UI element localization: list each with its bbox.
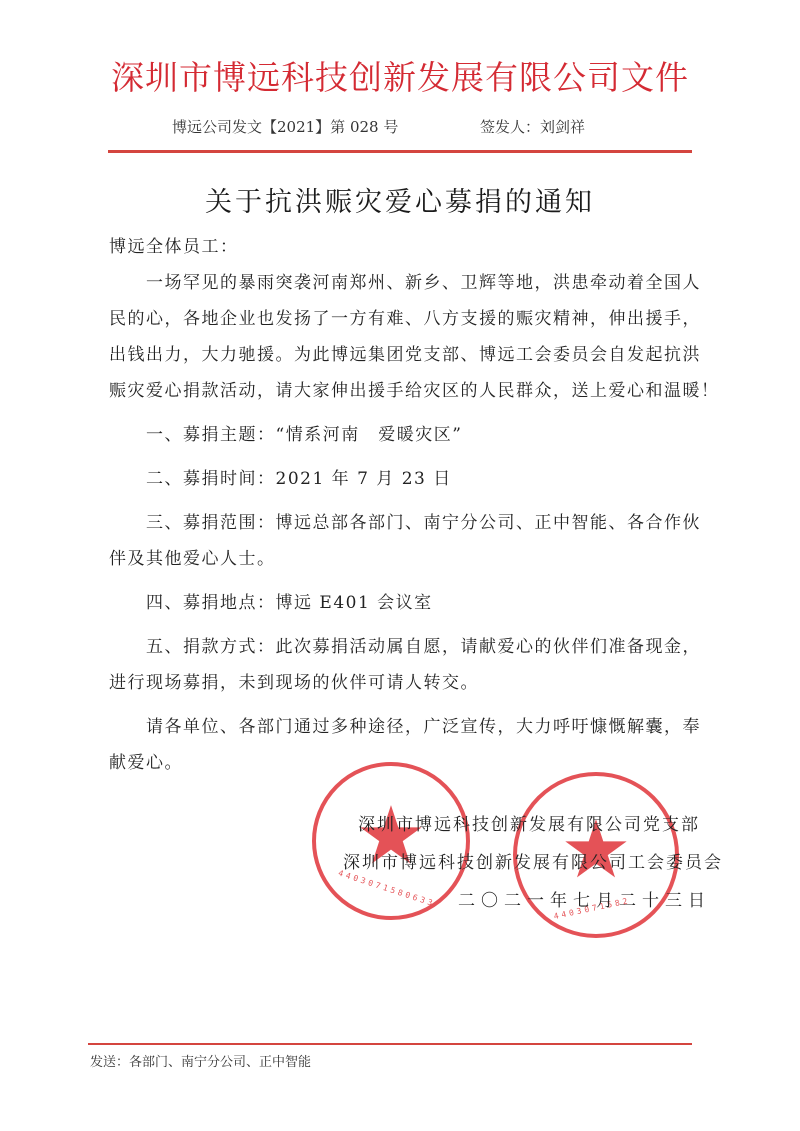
closing-line: 献爱心。 [109,745,183,781]
item-scope: 三、募捐范围：博远总部各部门、南宁分公司、正中智能、各合作伙 [109,505,701,541]
body-line: 赈灾爱心捐款活动，请大家伸出援手给灾区的人民群众，送上爱心和温暖！ [109,373,720,409]
body-line: 民的心，各地企业也发扬了一方有难、八方支援的赈灾精神，伸出援手， [109,301,701,337]
item-location: 四、募捐地点：博远 E401 会议室 [109,585,433,621]
item-theme: 一、募捐主题：“情系河南 爱暖灾区” [109,417,462,453]
footer-divider [88,1043,692,1045]
document-title: 关于抗洪赈灾爱心募捐的通知 [0,180,800,219]
distribution-list: 发送：各部门、南宁分公司、正中智能 [90,1051,311,1070]
header-divider [108,150,692,153]
org-header-title: 深圳市博远科技创新发展有限公司文件 [0,52,800,99]
issuer: 签发人：刘剑祥 [480,116,585,137]
body-line: 一场罕见的暴雨突袭河南郑州、新乡、卫辉等地，洪患牵动着全国人 [109,265,701,301]
signature-union: 深圳市博远科技创新发展有限公司工会委员会 [343,848,723,873]
item-time: 二、募捐时间：2021 年 7 月 23 日 [109,461,452,497]
body-line: 伴及其他爱心人士。 [109,541,276,577]
document-number: 博远公司发文【2021】第 028 号 [172,116,398,137]
salutation: 博远全体员工： [109,229,239,265]
party-branch-seal: ★ 4403071580633 [312,762,470,920]
closing-line: 请各单位、各部门通过多种途径，广泛宣传，大力呼吁慷慨解囊，奉 [109,709,701,745]
body-line: 进行现场募捐，未到现场的伙伴可请人转交。 [109,665,479,701]
signature-party-branch: 深圳市博远科技创新发展有限公司党支部 [358,810,700,835]
item-method: 五、捐款方式：此次募捐活动属自愿，请献爱心的伙伴们准备现金， [109,629,701,665]
body-line: 出钱出力，大力驰援。为此博远集团党支部、博远工会委员会自发起抗洪 [109,337,701,373]
signature-date: 二〇二一年七月二十三日 [458,886,711,911]
